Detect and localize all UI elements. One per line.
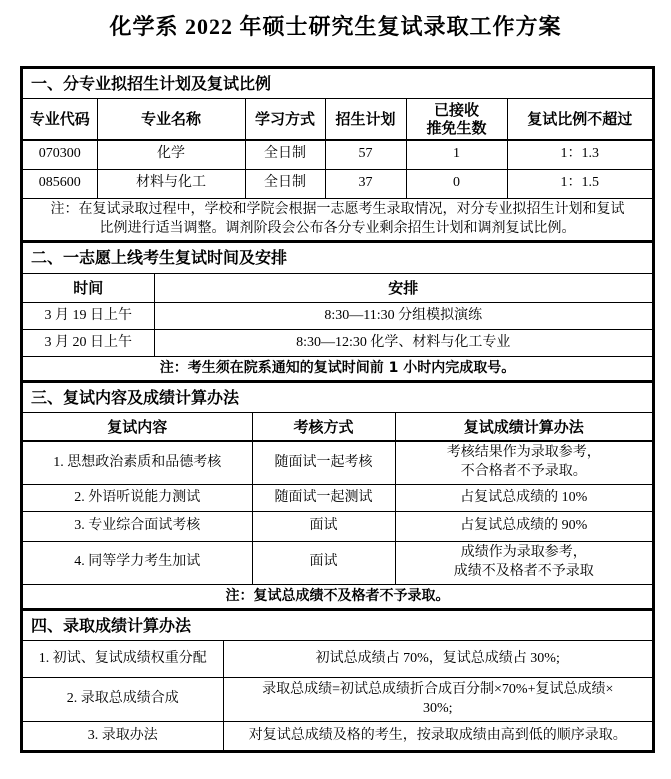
section-admission-score: 四、录取成绩计算办法 1. 初试、复试成绩权重分配 初试总成绩占 70%，复试总… <box>23 608 652 750</box>
table-cell: 2. 录取总成绩合成 <box>23 678 223 722</box>
table-cell: 3 月 20 日上午 <box>23 330 154 357</box>
table-cell: 录取总成绩=初试总成绩折合成百分制×70%+复试总成绩× 30%; <box>223 678 652 722</box>
table-row: 4. 同等学力考生加试 面试 成绩作为录取参考， 成绩不及格者不予录取 <box>23 542 652 585</box>
col-header-time: 时间 <box>23 274 154 303</box>
table-cell: 占复试总成绩的 90% <box>395 512 652 542</box>
table-cell: 3 月 19 日上午 <box>23 303 154 330</box>
table-cell: 3. 录取办法 <box>23 722 223 750</box>
col-header-ratio-limit: 复试比例不超过 <box>507 99 652 140</box>
table-cell: 085600 <box>23 169 97 198</box>
col-header-arrangement: 安排 <box>154 274 652 303</box>
table-cell: 占复试总成绩的 10% <box>395 485 652 512</box>
table-cell: 1. 初试、复试成绩权重分配 <box>23 641 223 678</box>
page-title: 化学系 2022 年硕士研究生复试录取工作方案 <box>0 10 671 41</box>
table-row: 3. 专业综合面试考核 面试 占复试总成绩的 90% <box>23 512 652 542</box>
table-cell: 全日制 <box>245 140 325 169</box>
table-header-row: 专业代码 专业名称 学习方式 招生计划 已接收 推免生数 复试比例不超过 <box>23 99 652 140</box>
interview-content-table: 复试内容 考核方式 复试成绩计算办法 1. 思想政治素质和品德考核 随面试一起考… <box>23 413 652 607</box>
section-admission-plan: 一、分专业拟招生计划及复试比例 专业代码 专业名称 学习方式 招生计划 已接收 … <box>23 69 652 240</box>
document-frame: 一、分专业拟招生计划及复试比例 专业代码 专业名称 学习方式 招生计划 已接收 … <box>20 66 655 753</box>
table-header-row: 时间 安排 <box>23 274 652 303</box>
table-cell: 1：1.5 <box>507 169 652 198</box>
section-interview-schedule: 二、一志愿上线考生复试时间及安排 时间 安排 3 月 19 日上午 8:30—1… <box>23 240 652 380</box>
note-row: 注：复试总成绩不及格者不予录取。 <box>23 584 652 607</box>
table-row: 3 月 20 日上午 8:30—12:30 化学、材料与化工专业 <box>23 330 652 357</box>
table-row: 3 月 19 日上午 8:30—11:30 分组模拟演练 <box>23 303 652 330</box>
section-2-heading: 二、一志愿上线考生复试时间及安排 <box>23 243 652 273</box>
section-3-note: 注：复试总成绩不及格者不予录取。 <box>23 584 652 607</box>
table-row: 3. 录取办法 对复试总成绩及格的考生，按录取成绩由高到低的顺序录取。 <box>23 722 652 750</box>
table-row: 2. 外语听说能力测试 随面试一起测试 占复试总成绩的 10% <box>23 485 652 512</box>
table-cell: 材料与化工 <box>97 169 245 198</box>
table-cell: 面试 <box>252 542 395 585</box>
table-row: 070300 化学 全日制 57 1 1：1.3 <box>23 140 652 169</box>
table-row: 1. 思想政治素质和品德考核 随面试一起考核 考核结果作为录取参考， 不合格者不… <box>23 441 652 484</box>
section-interview-content: 三、复试内容及成绩计算办法 复试内容 考核方式 复试成绩计算办法 1. 思想政治… <box>23 380 652 608</box>
table-cell: 4. 同等学力考生加试 <box>23 542 252 585</box>
table-header-row: 复试内容 考核方式 复试成绩计算办法 <box>23 413 652 441</box>
col-header-major-code: 专业代码 <box>23 99 97 140</box>
col-header-study-mode: 学习方式 <box>245 99 325 140</box>
table-cell: 3. 专业综合面试考核 <box>23 512 252 542</box>
table-cell: 1 <box>406 140 507 169</box>
section-4-heading: 四、录取成绩计算办法 <box>23 611 652 641</box>
admission-plan-table: 专业代码 专业名称 学习方式 招生计划 已接收 推免生数 复试比例不超过 070… <box>23 99 652 240</box>
table-cell: 2. 外语听说能力测试 <box>23 485 252 512</box>
table-row: 085600 材料与化工 全日制 37 0 1：1.5 <box>23 169 652 198</box>
table-cell: 初试总成绩占 70%，复试总成绩占 30%; <box>223 641 652 678</box>
table-cell: 8:30—12:30 化学、材料与化工专业 <box>154 330 652 357</box>
table-cell: 全日制 <box>245 169 325 198</box>
table-cell: 化学 <box>97 140 245 169</box>
table-cell: 37 <box>325 169 406 198</box>
col-header-interview-content: 复试内容 <box>23 413 252 441</box>
table-cell: 1. 思想政治素质和品德考核 <box>23 441 252 484</box>
table-row: 2. 录取总成绩合成 录取总成绩=初试总成绩折合成百分制×70%+复试总成绩× … <box>23 678 652 722</box>
col-header-major-name: 专业名称 <box>97 99 245 140</box>
document-page: 化学系 2022 年硕士研究生复试录取工作方案 一、分专业拟招生计划及复试比例 … <box>0 0 671 779</box>
note-row: 注：在复试录取过程中，学校和学院会根据一志愿考生录取情况，对分专业拟招生计划和复… <box>23 198 652 240</box>
table-cell: 57 <box>325 140 406 169</box>
section-1-note: 注：在复试录取过程中，学校和学院会根据一志愿考生录取情况，对分专业拟招生计划和复… <box>23 198 652 240</box>
col-header-enroll-plan: 招生计划 <box>325 99 406 140</box>
table-cell: 随面试一起测试 <box>252 485 395 512</box>
col-header-assessment-method: 考核方式 <box>252 413 395 441</box>
table-cell: 随面试一起考核 <box>252 441 395 484</box>
table-cell: 考核结果作为录取参考， 不合格者不予录取。 <box>395 441 652 484</box>
col-header-score-calculation: 复试成绩计算办法 <box>395 413 652 441</box>
table-cell: 面试 <box>252 512 395 542</box>
section-3-heading: 三、复试内容及成绩计算办法 <box>23 383 652 413</box>
col-header-recommended-count: 已接收 推免生数 <box>406 99 507 140</box>
admission-score-table: 1. 初试、复试成绩权重分配 初试总成绩占 70%，复试总成绩占 30%; 2.… <box>23 641 652 750</box>
note-row: 注：考生须在院系通知的复试时间前 1 小时内完成取号。 <box>23 357 652 380</box>
table-row: 1. 初试、复试成绩权重分配 初试总成绩占 70%，复试总成绩占 30%; <box>23 641 652 678</box>
section-1-heading: 一、分专业拟招生计划及复试比例 <box>23 69 652 99</box>
table-cell: 0 <box>406 169 507 198</box>
table-cell: 070300 <box>23 140 97 169</box>
table-cell: 1：1.3 <box>507 140 652 169</box>
table-cell: 成绩作为录取参考， 成绩不及格者不予录取 <box>395 542 652 585</box>
table-cell: 8:30—11:30 分组模拟演练 <box>154 303 652 330</box>
section-2-note: 注：考生须在院系通知的复试时间前 1 小时内完成取号。 <box>23 357 652 380</box>
table-cell: 对复试总成绩及格的考生，按录取成绩由高到低的顺序录取。 <box>223 722 652 750</box>
interview-schedule-table: 时间 安排 3 月 19 日上午 8:30—11:30 分组模拟演练 3 月 2… <box>23 274 652 380</box>
